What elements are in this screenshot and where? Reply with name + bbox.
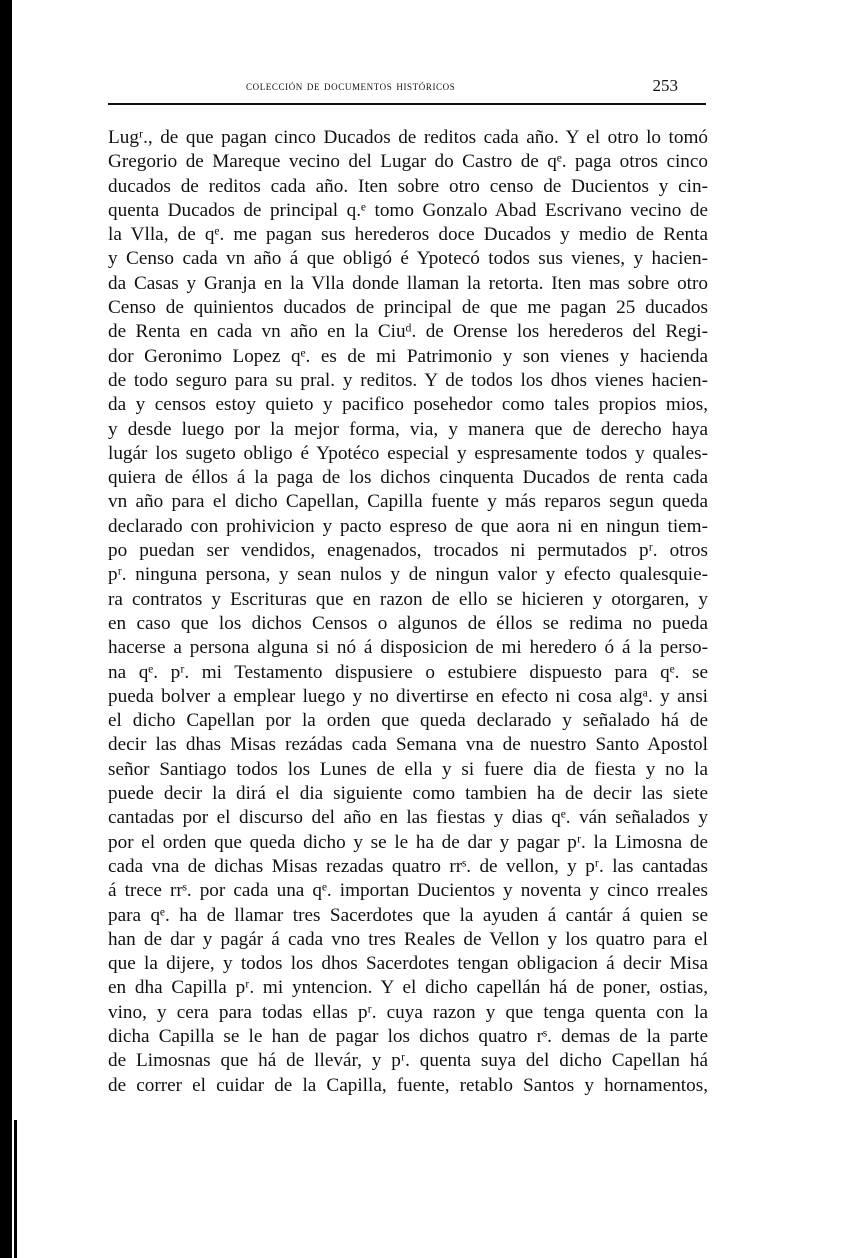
text-line: ra contratos y Escrituras que en razon d… <box>108 588 708 612</box>
text-line: el dicho Capellan por la orden que queda… <box>108 709 708 733</box>
text-line: po puedan ser vendidos, enagenados, troc… <box>108 539 708 563</box>
text-line: y desde luego por la mejor forma, via, y… <box>108 418 708 442</box>
text-line: han de dar y pagár á cada vno tres Reale… <box>108 928 708 952</box>
text-line: pueda bolver a emplear luego y no divert… <box>108 685 708 709</box>
text-line: señor Santiago todos los Lunes de ella y… <box>108 758 708 782</box>
book-binding-edge <box>0 0 12 1258</box>
text-line: quiera de éllos á la paga de los dichos … <box>108 466 708 490</box>
page-number: 253 <box>653 76 679 96</box>
text-line: la Vlla, de qᵉ. me pagan sus herederos d… <box>108 223 708 247</box>
text-line: na qᵉ. pʳ. mi Testamento dispusiere o es… <box>108 661 708 685</box>
text-line: á trece rrˢ. por cada una qᵉ. importan D… <box>108 879 708 903</box>
text-line: en caso que los dichos Censos o algunos … <box>108 612 708 636</box>
text-line: pʳ. ninguna persona, y sean nulos y de n… <box>108 563 708 587</box>
text-line: cada vna de dichas Misas rezadas quatro … <box>108 855 708 879</box>
text-line: ducados de reditos cada año. Iten sobre … <box>108 175 708 199</box>
text-line: Gregorio de Mareque vecino del Lugar do … <box>108 150 708 174</box>
text-line: por el orden que queda dicho y se le ha … <box>108 831 708 855</box>
text-line: lugár los sugeto obligo é Ypotéco especi… <box>108 442 708 466</box>
text-line: hacerse a persona alguna si nó á disposi… <box>108 636 708 660</box>
text-line: Lugʳ., de que pagan cinco Ducados de red… <box>108 126 708 150</box>
text-line: dor Geronimo Lopez qᵉ. es de mi Patrimon… <box>108 345 708 369</box>
page-header: COLECCIÓN DE DOCUMENTOS HISTÓRICOS 253 <box>108 76 708 102</box>
text-line: da Casas y Granja en la Vlla donde llama… <box>108 272 708 296</box>
text-line: puede decir la dirá el dia siguiente com… <box>108 782 708 806</box>
text-line: dicha Capilla se le han de pagar los dic… <box>108 1025 708 1049</box>
text-line: de todo seguro para su pral. y reditos. … <box>108 369 708 393</box>
text-line: que la dijere, y todos los dhos Sacerdot… <box>108 952 708 976</box>
text-line: de Renta en cada vn año en la Ciuᵈ. de O… <box>108 320 708 344</box>
text-line: para qᵉ. ha de llamar tres Sacerdotes qu… <box>108 904 708 928</box>
text-line: Censo de quinientos ducados de principal… <box>108 296 708 320</box>
text-line: de correr el cuidar de la Capilla, fuent… <box>108 1074 708 1098</box>
book-binding-edge-inner <box>14 1120 17 1258</box>
text-line: decir las dhas Misas rezádas cada Semana… <box>108 733 708 757</box>
text-line: de Limosnas que há de llevár, y pʳ. quen… <box>108 1049 708 1073</box>
header-rule <box>108 103 706 105</box>
running-head: COLECCIÓN DE DOCUMENTOS HISTÓRICOS <box>246 78 455 94</box>
text-line: quenta Ducados de principal q.ᵉ tomo Gon… <box>108 199 708 223</box>
text-line: cantadas por el discurso del año en las … <box>108 806 708 830</box>
text-line: declarado con prohivicion y pacto espres… <box>108 515 708 539</box>
text-line: vn año para el dicho Capellan, Capilla f… <box>108 490 708 514</box>
text-line: vino, y cera para todas ellas pʳ. cuya r… <box>108 1001 708 1025</box>
text-line: y Censo cada vn año á que obligó é Ypote… <box>108 247 708 271</box>
body-text: Lugʳ., de que pagan cinco Ducados de red… <box>108 126 708 1098</box>
text-line: da y censos estoy quieto y pacifico pose… <box>108 393 708 417</box>
text-line: en dha Capilla pʳ. mi yntencion. Y el di… <box>108 976 708 1000</box>
